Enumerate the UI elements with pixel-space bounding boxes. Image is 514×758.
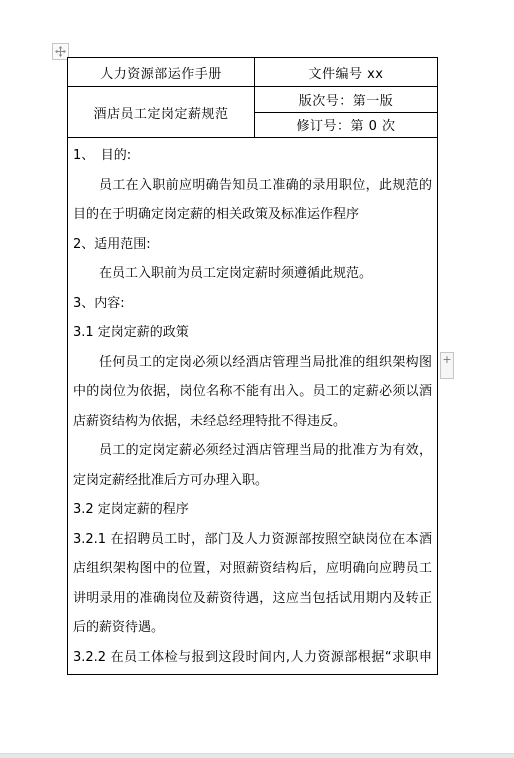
header-row-1: 人力资源部运作手册 文件编号 xx [68,58,437,87]
document-body-cell[interactable]: 1、 目的: 员工在入职前应明确告知员工准确的录用职位，此规范的目的在于明确定岗… [68,138,437,674]
paragraph[interactable]: 3.2.1 在招聘员工时，部门及人力资源部按照空缺岗位在本酒店组织架构图中的位置… [73,525,432,643]
header-cell-version[interactable]: 版次号：第一版 [255,87,437,113]
paragraph[interactable]: 3.2.2 在员工体检与报到这段时间内,人力资源部根据“求职申请表”最后面试人注… [73,643,432,675]
header-row-2: 酒店员工定岗定薪规范 版次号：第一版 修订号：第 0 次 [68,87,437,138]
document-page: { "doc": { "header": { "manual_title": "… [0,0,514,758]
document-table: 人力资源部运作手册 文件编号 xx 酒店员工定岗定薪规范 版次号：第一版 修订号… [67,57,438,675]
header-version-block: 版次号：第一版 修订号：第 0 次 [255,87,437,137]
header-cell-doc-title[interactable]: 酒店员工定岗定薪规范 [68,87,255,137]
header-cell-manual-title[interactable]: 人力资源部运作手册 [68,58,255,86]
paragraph[interactable]: 3.2 定岗定薪的程序 [73,495,432,525]
paragraph[interactable]: 员工在入职前应明确告知员工准确的录用职位，此规范的目的在于明确定岗定薪的相关政策… [73,171,432,230]
header-cell-revision[interactable]: 修订号：第 0 次 [255,113,437,138]
move-icon [55,46,66,57]
paragraph[interactable]: 3、内容: [73,289,432,319]
paragraph[interactable]: 在员工入职前为员工定岗定薪时须遵循此规范。 [73,259,432,289]
header-cell-doc-number[interactable]: 文件编号 xx [255,58,437,86]
paragraph[interactable]: 任何员工的定岗必须以经酒店管理当局批准的组织架构图中的岗位为依据，岗位名称不能有… [73,348,432,437]
plus-button[interactable]: + [440,352,454,379]
paragraph[interactable]: 2、适用范围: [73,230,432,260]
paragraph[interactable]: 1、 目的: [73,141,432,171]
paragraph[interactable]: 3.1 定岗定薪的政策 [73,318,432,348]
bottom-bar [0,753,514,758]
paragraph[interactable]: 员工的定岗定薪必须经过酒店管理当局的批准方为有效，定岗定薪经批准后方可办理入职。 [73,436,432,495]
